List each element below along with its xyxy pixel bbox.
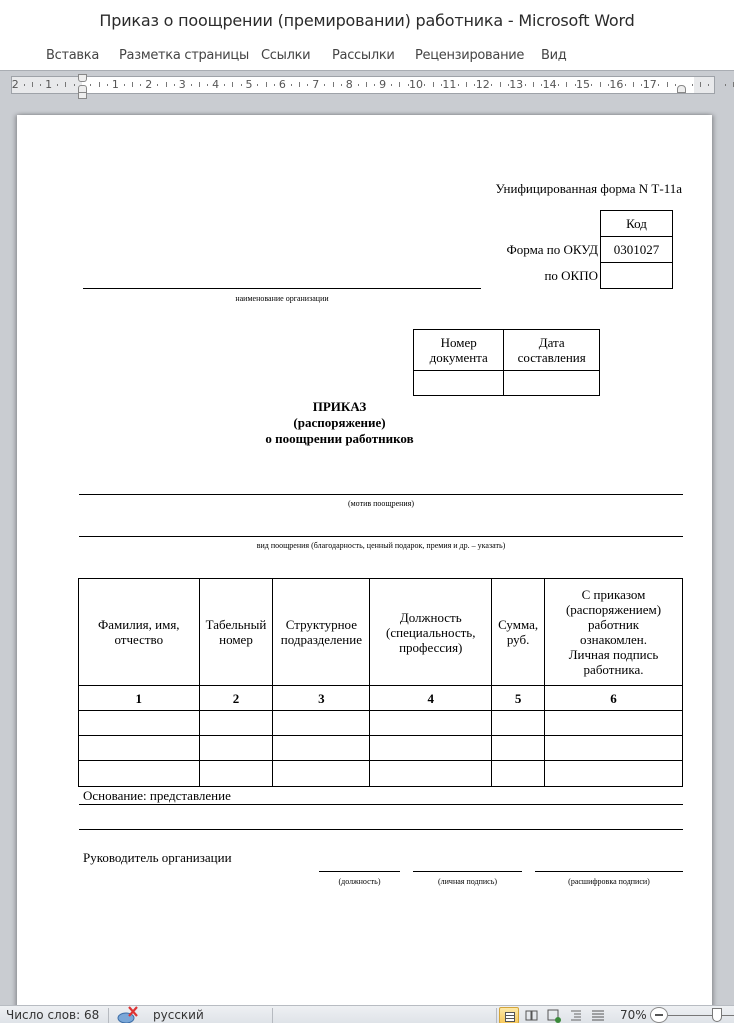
ruler-tick	[366, 82, 367, 87]
right-indent-marker[interactable]	[677, 85, 686, 93]
zoom-out-button[interactable]	[650, 1007, 668, 1023]
outline-icon	[566, 1007, 586, 1023]
ruler-tick	[491, 84, 492, 86]
table-cell[interactable]	[199, 736, 273, 761]
ruler-tick	[474, 84, 475, 86]
ruler-label: 11	[442, 78, 456, 91]
heading-line-3: о поощрении работников	[17, 431, 662, 447]
table-cell[interactable]	[79, 711, 200, 736]
ruler-tick	[424, 84, 425, 86]
head-label: Руководитель организации	[83, 850, 232, 866]
col-number: 3	[273, 686, 370, 711]
ruler-label: 7	[312, 78, 319, 91]
proofing-icon[interactable]	[116, 1006, 140, 1023]
ruler-tick	[658, 84, 659, 86]
col-header-position: Должность (специальность, профессия)	[370, 579, 492, 686]
ruler-tick	[441, 84, 442, 86]
table-cell[interactable]	[273, 711, 370, 736]
language-indicator[interactable]: русский	[153, 1008, 204, 1022]
ruler-label: 12	[476, 78, 490, 91]
ruler-label: 1	[45, 78, 52, 91]
draft-icon	[588, 1007, 608, 1023]
basis-line-2[interactable]	[79, 829, 683, 830]
col-number: 5	[492, 686, 545, 711]
col-number: 6	[545, 686, 683, 711]
table-cell[interactable]	[370, 761, 492, 787]
col-header-acknowledgement: С приказом (распоряжением) работник озна…	[545, 579, 683, 686]
ruler-tick	[433, 82, 434, 87]
table-number-row: 1 2 3 4 5 6	[79, 686, 683, 711]
print-layout-icon	[505, 1012, 515, 1022]
zoom-slider-track[interactable]	[668, 1015, 734, 1016]
divider	[108, 1008, 109, 1023]
ruler-label: 16	[609, 78, 623, 91]
document-date-value[interactable]	[504, 371, 600, 396]
ribbon-tabs: Вставка Разметка страницы Ссылки Рассылк…	[0, 40, 734, 70]
word-count[interactable]: Число слов: 68	[6, 1008, 99, 1022]
decoding-caption: (расшифровка подписи)	[535, 877, 683, 886]
organization-name-line[interactable]	[83, 288, 481, 289]
ruler-tick	[558, 84, 559, 86]
ruler-tick	[333, 82, 334, 87]
ruler-tick	[257, 84, 258, 86]
col-header-name: Фамилия, имя, отчество	[79, 579, 200, 686]
tab-references[interactable]: Ссылки	[261, 48, 310, 63]
reward-type-line[interactable]	[79, 536, 683, 537]
order-heading: ПРИКАЗ (распоряжение) о поощрении работн…	[17, 399, 662, 447]
ruler-tick	[32, 82, 33, 87]
ruler-label: 6	[279, 78, 286, 91]
ruler-tick	[174, 84, 175, 86]
codes-table: Код 0301027	[600, 210, 673, 289]
ruler-tick	[157, 84, 158, 86]
left-indent-marker[interactable]	[78, 92, 87, 99]
status-bar: Число слов: 68 русский 70%	[0, 1005, 734, 1023]
col-header-personnel-number: Табельный номер	[199, 579, 273, 686]
ruler-label: 17	[643, 78, 657, 91]
table-cell[interactable]	[545, 711, 683, 736]
okpo-value[interactable]	[601, 263, 673, 289]
ruler-tick	[575, 84, 576, 86]
table-row	[79, 736, 683, 761]
table-cell[interactable]	[79, 761, 200, 787]
reward-type-caption: вид поощрения (благодарность, ценный под…	[79, 541, 683, 550]
col-header-department: Структурное подразделение	[273, 579, 370, 686]
ruler-tick	[625, 84, 626, 86]
col-number: 2	[199, 686, 273, 711]
web-layout-view-button[interactable]	[544, 1007, 564, 1023]
col-header-amount: Сумма, руб.	[492, 579, 545, 686]
ruler-label: 10	[409, 78, 423, 91]
ruler-tick	[274, 84, 275, 86]
ruler-tick	[324, 84, 325, 86]
col-number: 4	[370, 686, 492, 711]
tab-review[interactable]: Рецензирование	[415, 48, 524, 63]
ruler-tick	[124, 84, 125, 86]
ruler-tick	[600, 82, 601, 87]
table-header-row: Фамилия, имя, отчество Табельный номер С…	[79, 579, 683, 686]
ruler-tick	[466, 82, 467, 87]
ruler-tick	[241, 84, 242, 86]
document-date-header: Дата составления	[504, 330, 600, 371]
table-cell[interactable]	[492, 761, 545, 787]
divider	[272, 1008, 273, 1023]
ruler-tick	[408, 84, 409, 86]
ruler-tick	[692, 84, 693, 86]
ruler-label: 1	[112, 78, 119, 91]
ruler-tick	[57, 84, 58, 86]
ruler-tick	[166, 82, 167, 87]
ruler-tick	[641, 84, 642, 86]
okud-label: Форма по ОКУД	[507, 242, 599, 258]
ruler-label: 2	[12, 78, 19, 91]
signature-caption: (личная подпись)	[413, 877, 522, 886]
ruler-tick	[667, 82, 668, 87]
ruler-tick	[633, 82, 634, 87]
ruler-tick	[291, 84, 292, 86]
position-line[interactable]	[319, 871, 400, 872]
document-page[interactable]: Унифицированная форма N Т-11а Код 030102…	[17, 115, 712, 1015]
motive-line[interactable]	[79, 494, 683, 495]
ruler-label: 9	[379, 78, 386, 91]
basis-label: Основание: представление	[83, 788, 231, 804]
document-workspace: 211234567891011121314151617 Унифицирован…	[0, 70, 734, 1005]
ruler-tick	[675, 84, 676, 86]
ruler-label: 8	[346, 78, 353, 91]
print-layout-view-button[interactable]	[499, 1007, 519, 1023]
zoom-level[interactable]: 70%	[620, 1008, 647, 1022]
ruler-tick	[74, 84, 75, 86]
ruler-label: 2	[145, 78, 152, 91]
book-icon	[522, 1007, 542, 1023]
ruler-tick	[341, 84, 342, 86]
ruler-tick	[207, 84, 208, 86]
ruler-tick	[191, 84, 192, 86]
document-number-header: Номер документа	[414, 330, 504, 371]
col-number: 1	[79, 686, 200, 711]
table-cell[interactable]	[492, 711, 545, 736]
ruler-tick	[541, 84, 542, 86]
ruler-tick	[24, 84, 25, 86]
ruler-tick	[307, 84, 308, 86]
ruler-tick	[299, 82, 300, 87]
employees-table: Фамилия, имя, отчество Табельный номер С…	[78, 578, 683, 787]
heading-line-1: ПРИКАЗ	[17, 399, 662, 415]
document-number-value[interactable]	[414, 371, 504, 396]
ruler-tick	[107, 84, 108, 86]
ruler-tick	[266, 82, 267, 87]
ruler-tick	[40, 84, 41, 86]
full-screen-reading-view-button[interactable]	[522, 1007, 542, 1023]
ruler-tick	[232, 82, 233, 87]
table-cell[interactable]	[370, 711, 492, 736]
web-layout-icon	[544, 1007, 564, 1023]
ruler-tick	[140, 84, 141, 86]
position-caption: (должность)	[319, 877, 400, 886]
ruler-tick	[99, 82, 100, 87]
draft-view-button[interactable]	[588, 1007, 608, 1023]
tab-insert[interactable]: Вставка	[46, 48, 99, 63]
ruler-tick	[525, 84, 526, 86]
okud-value[interactable]: 0301027	[601, 237, 673, 263]
signature-line[interactable]	[413, 871, 522, 872]
ruler-tick	[566, 82, 567, 87]
basis-line[interactable]	[79, 804, 683, 805]
first-line-indent-marker[interactable]	[78, 74, 87, 82]
ruler-label: 5	[246, 78, 253, 91]
ruler-tick	[591, 84, 592, 86]
signature-decoding-line[interactable]	[535, 871, 683, 872]
ruler-label: 13	[509, 78, 523, 91]
divider	[496, 1008, 497, 1023]
table-cell[interactable]	[199, 761, 273, 787]
zoom-slider-thumb[interactable]	[712, 1008, 722, 1022]
motive-caption: (мотив поощрения)	[79, 499, 683, 508]
tab-page-layout[interactable]: Разметка страницы	[119, 48, 249, 63]
ruler-label: 4	[212, 78, 219, 91]
outline-view-button[interactable]	[566, 1007, 586, 1023]
ruler-tick	[608, 84, 609, 86]
ruler-tick	[508, 84, 509, 86]
table-cell[interactable]	[370, 736, 492, 761]
ruler-tick	[132, 82, 133, 87]
ruler-tick	[199, 82, 200, 87]
ruler-tick	[700, 82, 701, 87]
ruler-tick	[65, 82, 66, 87]
ruler-tick	[374, 84, 375, 86]
ruler-tick	[224, 84, 225, 86]
document-number-date-table: Номер документа Дата составления	[413, 329, 600, 396]
table-cell[interactable]	[273, 761, 370, 787]
table-cell[interactable]	[545, 736, 683, 761]
window-title: Приказ о поощрении (премировании) работн…	[0, 0, 734, 40]
ruler-label: 15	[576, 78, 590, 91]
ruler-tick	[725, 84, 726, 86]
codes-header: Код	[601, 211, 673, 237]
ruler-tick	[500, 82, 501, 87]
ruler-tick	[533, 82, 534, 87]
okpo-label: по ОКПО	[544, 268, 598, 284]
ruler-tick	[399, 82, 400, 87]
ruler-tick	[90, 84, 91, 86]
heading-line-2: (распоряжение)	[17, 415, 662, 431]
tab-view[interactable]: Вид	[541, 48, 566, 63]
ruler-tick	[358, 84, 359, 86]
form-title: Унифицированная форма N Т-11а	[495, 181, 682, 197]
table-row	[79, 711, 683, 736]
ruler-tick	[458, 84, 459, 86]
table-cell[interactable]	[273, 736, 370, 761]
ruler-label: 14	[543, 78, 557, 91]
table-cell[interactable]	[79, 736, 200, 761]
ruler-tick	[391, 84, 392, 86]
tab-mailings[interactable]: Рассылки	[332, 48, 395, 63]
horizontal-ruler[interactable]: 211234567891011121314151617	[11, 76, 715, 94]
table-cell[interactable]	[492, 736, 545, 761]
organization-caption: наименование организации	[83, 294, 481, 303]
ruler-tick	[708, 84, 709, 86]
table-cell[interactable]	[199, 711, 273, 736]
table-cell[interactable]	[545, 761, 683, 787]
table-row	[79, 761, 683, 787]
ruler-label: 3	[179, 78, 186, 91]
